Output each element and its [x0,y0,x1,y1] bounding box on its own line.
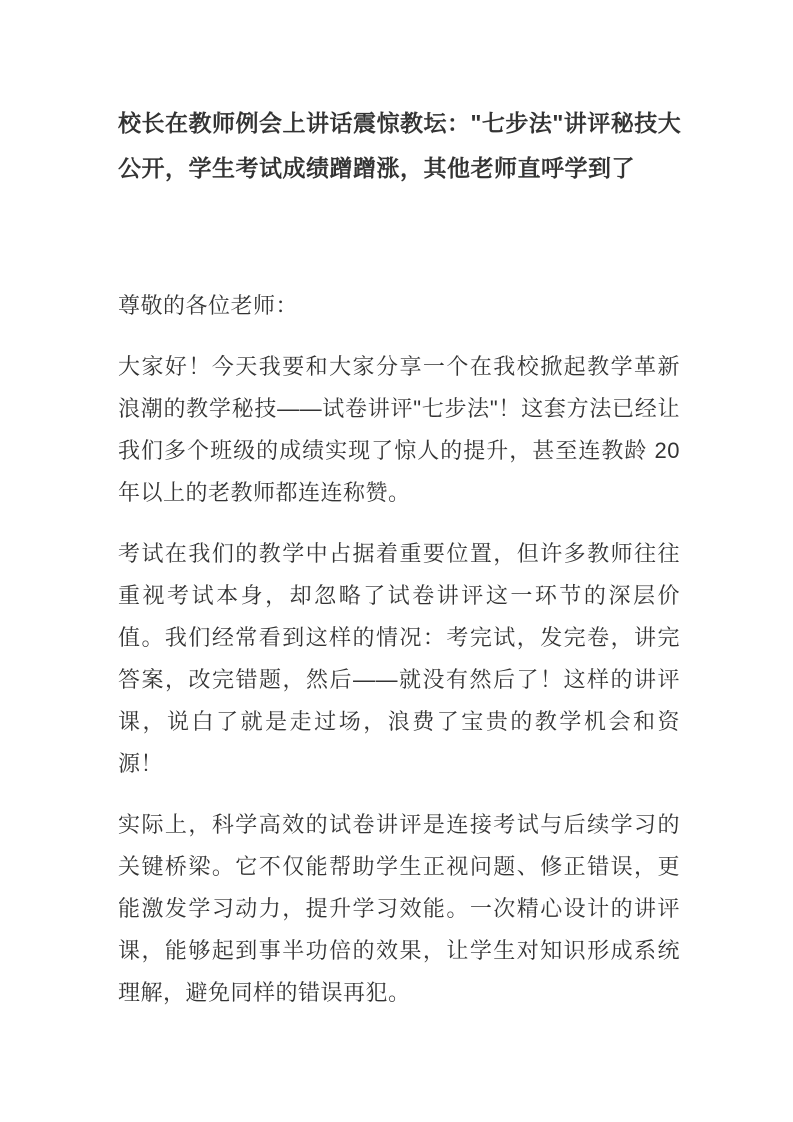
document-page: 校长在教师例会上讲话震惊教坛："七步法"讲评秘技大公开，学生考试成绩蹭蹭涨，其他… [0,0,793,1122]
body-paragraph-1: 大家好！今天我要和大家分享一个在我校掀起教学革新浪潮的教学秘技——试卷讲评"七步… [118,346,680,514]
document-title: 校长在教师例会上讲话震惊教坛："七步法"讲评秘技大公开，学生考试成绩蹭蹭涨，其他… [118,101,693,191]
salutation-line: 尊敬的各位老师： [118,285,690,327]
body-paragraph-3: 实际上，科学高效的试卷讲评是连接考试与后续学习的关键桥梁。它不仅能帮助学生正视问… [118,804,680,1014]
body-paragraph-2: 考试在我们的教学中占据着重要位置，但许多教师往往重视考试本身，却忽略了试卷讲评这… [118,533,680,785]
